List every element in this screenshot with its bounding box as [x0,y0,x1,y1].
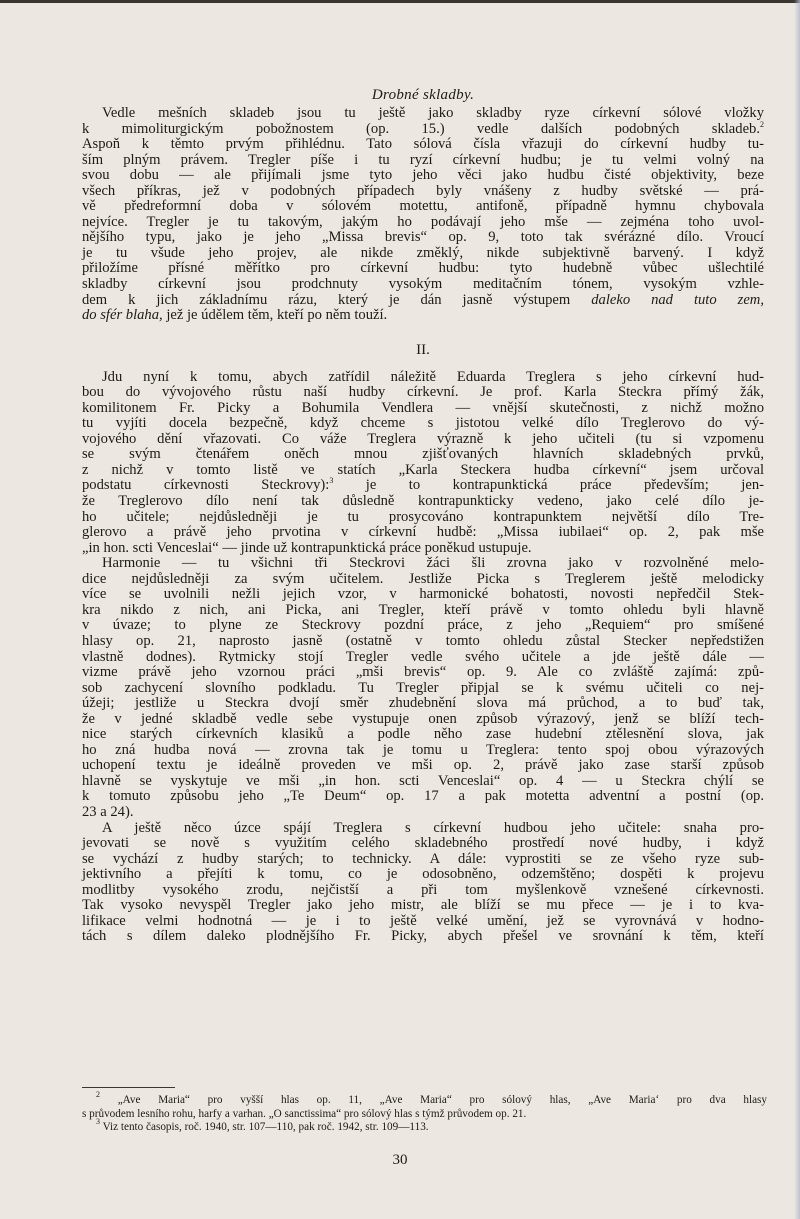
text-line: jektivního a přejíti k tomu, co je odoso… [82,867,764,883]
text-line: Vedle mešních skladeb jsou tu ještě jako… [82,106,764,122]
text-line: více se uvolnili nežli jejich vzor, v ha… [82,587,764,603]
text-line: je tu všude jeho projev, ale nikde změkl… [82,246,764,262]
text-line: nějšího typu, jako je jeho „Missa brevis… [82,230,764,246]
running-head: Drobné skladby. [82,84,764,106]
footnote-3: 3 Viz tento časopis, roč. 1940, str. 107… [82,1121,767,1135]
text-line: k tomuto způsobu jeho „Te Deum“ op. 17 a… [82,789,764,805]
scan-top-border [0,0,800,3]
text-line: vojového dění vřazovati. Co váže Tregler… [82,432,764,448]
text-line: se svým čtenářem oněch mnou zjišťovaných… [82,447,764,463]
text-line: v úvaze; to plyne ze Steckrovy pozdní pr… [82,618,764,634]
text-line: vě předreformní doba v sólovém motettu, … [82,199,764,215]
section-number: II. [82,330,764,370]
text-line: hlasy op. 21, naprosto jasně (ostatně v … [82,634,764,650]
text-line: uchopení textu je ideálně proveden ve mš… [82,758,764,774]
page-body: Drobné skladby. Vedle mešních skladeb js… [82,84,764,945]
italic-phrase: do sfér blaha, [82,307,163,323]
text-line: hlavně se vyskytuje ve mši „in hon. scti… [82,774,764,790]
footnote-line: 3 Viz tento časopis, roč. 1940, str. 107… [82,1121,767,1135]
text-line: bou do vývojového růstu naší hudby círke… [82,385,764,401]
text-line: úžeji; jestliže u Steckra dvojí směr zhu… [82,696,764,712]
text-line: svou dobu — ale přijímali jsme tyto jeho… [82,168,764,184]
paragraph-4: A ještě něco úzce spájí Treglera s círke… [82,821,764,945]
text-line: tách s dílem daleko plodnějšího Fr. Pick… [82,929,764,945]
text-line: Tak vysoko nevyspěl Tregler jako jeho mi… [82,898,764,914]
text-line: dice nejdůsledněji za svým učitelem. Jes… [82,572,764,588]
paragraph-3: Harmonie — tu všichni tři Steckrovi žáci… [82,556,764,820]
paragraph-1: Vedle mešních skladeb jsou tu ještě jako… [82,106,764,324]
text-line: tu vyjíti docela bezpečně, když chceme s… [82,416,764,432]
text-line: k mimoliturgickým pobožnostem (op. 15.) … [82,122,764,138]
text-line: že v jedné skladbě vedle sebe vystupuje … [82,712,764,728]
text-line: že Treglerovo dílo není tak důsledně kon… [82,494,764,510]
scan-right-edge-shadow [794,0,800,1219]
text-line-with-italic: do sfér blaha, jež je údělem těm, kteří … [82,308,764,324]
text-line: všech příkras, jež v podobných případech… [82,184,764,200]
footnote-ref: 3 [329,476,333,485]
text-line: Harmonie — tu všichni tři Steckrovi žáci… [82,556,764,572]
footnote-2: 2 „Ave Maria“ pro vyšší hlas op. 11, „Av… [82,1094,767,1121]
text-line: glerovo a právě jeho prvotina v církevní… [82,525,764,541]
text-line: Aspoň k těmto prvým přihlédnu. Tato sólo… [82,137,764,153]
footnote-line: 2 „Ave Maria“ pro vyšší hlas op. 11, „Av… [82,1094,767,1108]
footnote-marker: 2 [96,1090,100,1099]
text-line-content: k mimoliturgickým pobožnostem (op. 15.) … [82,121,760,137]
text-line: jevovati se nově s využitím celého sklad… [82,836,764,852]
footnotes: 2 „Ave Maria“ pro vyšší hlas op. 11, „Av… [82,1087,767,1135]
text-line-with-italic: dem k jich základnímu rázu, který je dán… [82,293,764,309]
text-line: se vychází z hudby starých; to technicky… [82,852,764,868]
text-line: nice starých církevních klasiků a podle … [82,727,764,743]
text-line: Jdu nyní k tomu, abych zatřídil náležitě… [82,370,764,386]
text-line: „in hon. scti Venceslai“ — jinde už kont… [82,541,764,557]
footnote-marker: 3 [96,1117,100,1126]
text-line: A ještě něco úzce spájí Treglera s círke… [82,821,764,837]
text-line: skladby církevní jsou prodchnuty vysokým… [82,277,764,293]
italic-phrase: daleko nad tuto zem, [591,292,764,308]
text-line: nejvíce. Tregler je tu takovým, jakým ho… [82,215,764,231]
text-line: kra nikdo z nich, ani Picka, ani Tregler… [82,603,764,619]
paragraph-2: Jdu nyní k tomu, abych zatřídil náležitě… [82,370,764,557]
footnote-ref: 2 [760,120,764,129]
text-line: komilitonem Fr. Picky a Bohumila Vendler… [82,401,764,417]
text-line: modlitby vysokého zrodu, nejčistší a při… [82,883,764,899]
text-line: sob zachycení slovního podkladu. Tu Treg… [82,681,764,697]
text-line: ším plným právem. Tregler píše i tu ryzí… [82,153,764,169]
text-line: ho učitele; nejdůsledněji je tu prosycov… [82,510,764,526]
page-number: 30 [0,1152,800,1169]
text-line: vizme právě jeho vzornou práci „mši brev… [82,665,764,681]
text-line: 23 a 24). [82,805,764,821]
footnote-rule [82,1087,175,1088]
text-line: přiložíme přísné měřítko pro církevní hu… [82,261,764,277]
text-line: podstatu církevnosti Steckrovy):3 je to … [82,478,764,494]
footnote-line: s průvodem lesního rohu, harfy a varhan.… [82,1108,767,1122]
text-line: ho zná hudba nová — zrovna tak je tomu u… [82,743,764,759]
text-line: lifikace velmi hodnotná — je i to ještě … [82,914,764,930]
text-line: vlastně dodnes). Rytmicky stojí Tregler … [82,650,764,666]
